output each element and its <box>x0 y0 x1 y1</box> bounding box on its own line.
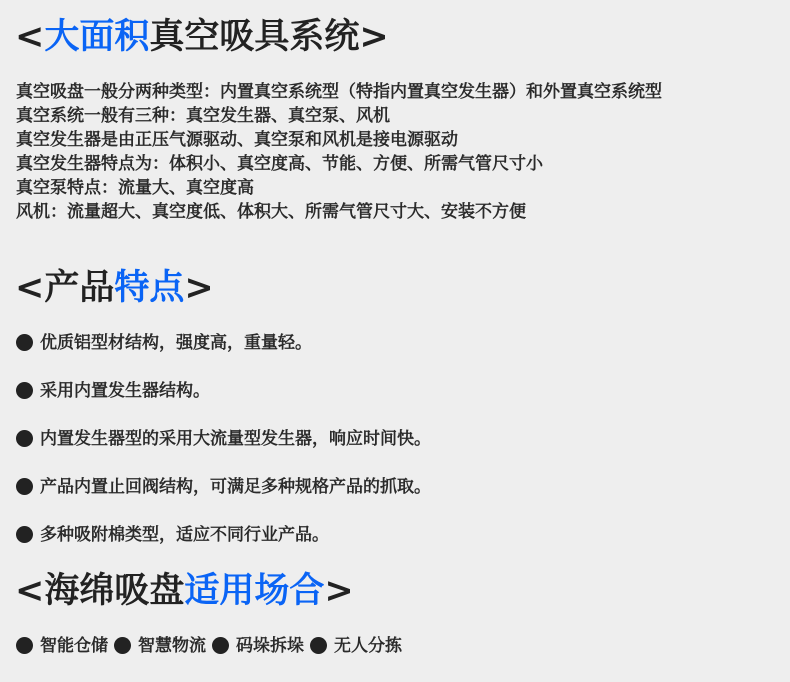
feature-text: 产品内置止回阀结构，可满足多种规格产品的抓取。 <box>40 474 431 500</box>
feature-item: 采用内置发生器结构。 <box>16 378 431 426</box>
open-bracket: < <box>15 17 44 57</box>
feature-text: 内置发生器型的采用大流量型发生器，响应时间快。 <box>40 426 431 452</box>
feature-text: 多种吸附棉类型，适应不同行业产品。 <box>40 522 329 548</box>
feature-text: 优质铝型材结构，强度高，重量轻。 <box>40 330 312 356</box>
bullet-icon <box>114 637 131 654</box>
application-text: 码垛拆垛 <box>236 633 304 659</box>
feature-item: 多种吸附棉类型，适应不同行业产品。 <box>16 522 431 570</box>
feature-item: 产品内置止回阀结构，可满足多种规格产品的抓取。 <box>16 474 431 522</box>
intro-line: 风机：流量超大、真空度低、体积大、所需气管尺寸大、安装不方便 <box>16 200 662 224</box>
application-item: 无人分拣 <box>310 633 402 659</box>
section-heading-applications: <海绵吸盘适用场合> <box>15 569 354 613</box>
close-bracket: > <box>184 268 213 308</box>
bullet-icon <box>16 430 33 447</box>
intro-line: 真空发生器特点为：体积小、真空度高、节能、方便、所需气管尺寸小 <box>16 152 662 176</box>
heading-accent: 大面积 <box>44 17 149 57</box>
intro-paragraph: 真空吸盘一般分两种类型：内置真空系统型（特指内置真空发生器）和外置真空系统型 真… <box>16 80 662 224</box>
heading-text: 真空吸具系统 <box>149 17 359 57</box>
application-list: 智能仓储 智慧物流 码垛拆垛 无人分拣 <box>16 633 408 659</box>
section-heading-features: <产品特点> <box>15 266 214 310</box>
bullet-icon <box>16 478 33 495</box>
heading-accent: 特点 <box>114 268 184 308</box>
intro-line: 真空系统一般有三种：真空发生器、真空泵、风机 <box>16 104 662 128</box>
feature-item: 优质铝型材结构，强度高，重量轻。 <box>16 330 431 378</box>
bullet-icon <box>16 334 33 351</box>
heading-accent: 适用场合 <box>184 571 324 611</box>
bullet-icon <box>16 637 33 654</box>
application-text: 智能仓储 <box>40 633 108 659</box>
open-bracket: < <box>15 268 44 308</box>
bullet-icon <box>310 637 327 654</box>
feature-list: 优质铝型材结构，强度高，重量轻。 采用内置发生器结构。 内置发生器型的采用大流量… <box>16 330 431 570</box>
application-item: 智能仓储 <box>16 633 108 659</box>
application-item: 码垛拆垛 <box>212 633 304 659</box>
section-heading-vacuum-system: <大面积真空吸具系统> <box>15 15 389 59</box>
bullet-icon <box>212 637 229 654</box>
heading-text: 海绵吸盘 <box>44 571 184 611</box>
application-text: 智慧物流 <box>138 633 206 659</box>
intro-line: 真空发生器是由正压气源驱动、真空泵和风机是接电源驱动 <box>16 128 662 152</box>
bullet-icon <box>16 526 33 543</box>
close-bracket: > <box>324 571 353 611</box>
intro-line: 真空泵特点：流量大、真空度高 <box>16 176 662 200</box>
open-bracket: < <box>15 571 44 611</box>
feature-item: 内置发生器型的采用大流量型发生器，响应时间快。 <box>16 426 431 474</box>
application-item: 智慧物流 <box>114 633 206 659</box>
application-text: 无人分拣 <box>334 633 402 659</box>
heading-text: 产品 <box>44 268 114 308</box>
intro-line: 真空吸盘一般分两种类型：内置真空系统型（特指内置真空发生器）和外置真空系统型 <box>16 80 662 104</box>
close-bracket: > <box>359 17 388 57</box>
bullet-icon <box>16 382 33 399</box>
feature-text: 采用内置发生器结构。 <box>40 378 210 404</box>
